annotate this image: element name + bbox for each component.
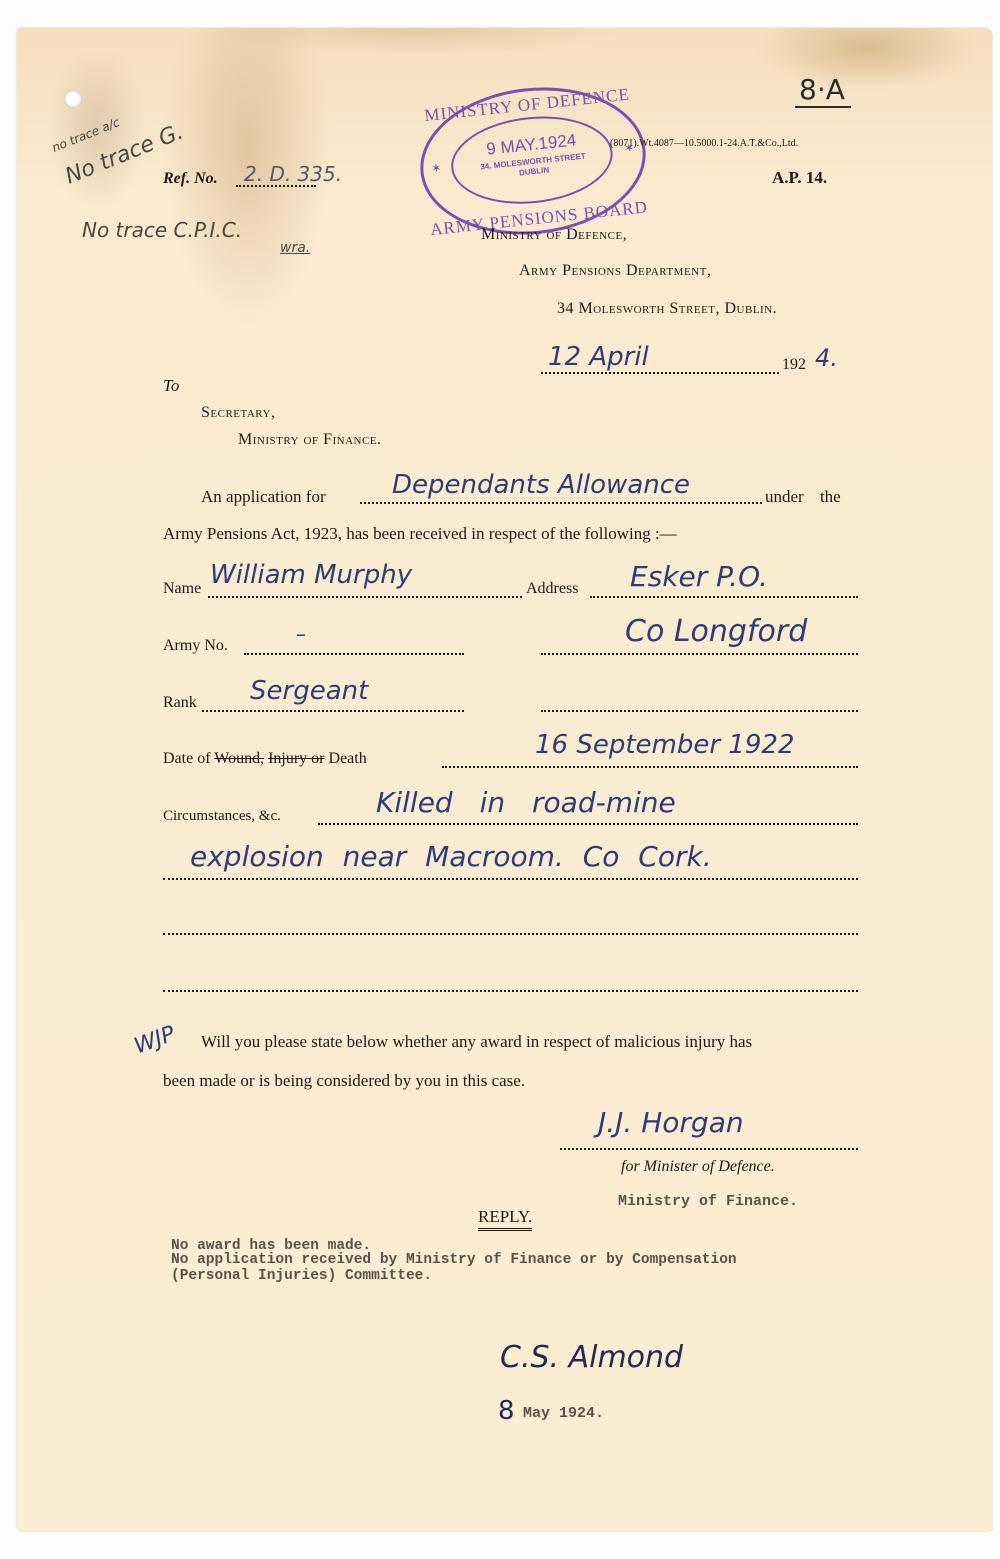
ref-value: 2. D. 335.: [244, 162, 342, 186]
request-line2: been made or is being considered by you …: [163, 1071, 525, 1091]
reply-line3: (Personal Injuries) Committee.: [171, 1268, 432, 1284]
army-no-value: –: [296, 622, 306, 646]
form-number: A.P. 14.: [772, 168, 827, 188]
circumstances-line2-value: explosion near Macroom. Co Cork.: [190, 840, 712, 873]
date-dotted-line: [541, 372, 779, 374]
name-label: Name: [163, 580, 201, 598]
reply-signature: C.S. Almond: [500, 1340, 683, 1375]
letter-year-suffix: 4.: [815, 344, 838, 372]
application-prefix: An application for: [201, 487, 326, 507]
letter-date-value: 12 April: [548, 342, 649, 372]
date-label-struck-wound: Wound,: [214, 750, 264, 767]
application-dotted-line: [360, 502, 762, 504]
printer-code: (8071).Wt.4087—10.5000.1-24.A.T.&Co.,Ltd…: [610, 138, 798, 149]
army-no-dotted-line: [244, 653, 464, 655]
to-label: To: [163, 376, 179, 396]
application-type-value: Dependants Allowance: [392, 470, 690, 500]
name-dotted-line: [208, 596, 522, 598]
ref-label: Ref. No.: [163, 170, 218, 188]
sender-ministry: Ministry of Defence,: [481, 226, 627, 244]
date-of-death-label: Date of Wound, Injury or Death: [163, 750, 367, 768]
letter-year-prefix: 192: [782, 356, 806, 374]
address-dotted-line-3: [541, 710, 858, 712]
act-line: Army Pensions Act, 1923, has been receiv…: [163, 524, 677, 544]
signature-value: J.J. Horgan: [598, 1106, 744, 1139]
date-label-death: Death: [329, 750, 367, 767]
sender-address: 34 Molesworth Street, Dublin.: [557, 300, 777, 318]
address-dotted-line-2: [541, 653, 858, 655]
sender-department: Army Pensions Department,: [519, 262, 711, 280]
margin-note-initials: wra.: [280, 240, 310, 256]
request-line1: Will you please state below whether any …: [201, 1032, 752, 1052]
rank-value: Sergeant: [250, 676, 368, 706]
army-no-label: Army No.: [163, 637, 228, 655]
circumstances-line1-value: Killed in road-mine: [376, 786, 676, 819]
circumstances-label: Circumstances, &c.: [163, 808, 281, 825]
margin-note-no-trace-cpic: No trace C.P.I.C.: [82, 218, 242, 242]
punch-hole: [64, 90, 82, 108]
rank-label: Rank: [163, 694, 197, 712]
name-value: William Murphy: [210, 560, 412, 590]
date-of-death-value: 16 September 1922: [535, 730, 795, 760]
circumstances-dotted-line-4: [163, 990, 858, 992]
date-label-prefix: Date of: [163, 750, 211, 767]
address-label: Address: [526, 580, 578, 598]
signature-title: for Minister of Defence.: [621, 1158, 775, 1176]
circumstances-dotted-line-1: [318, 823, 858, 825]
reply-heading: REPLY.: [478, 1207, 532, 1231]
address-line2-value: Co Longford: [625, 614, 807, 649]
rank-dotted-line: [202, 710, 464, 712]
reply-date-day: 8: [498, 1396, 515, 1426]
recipient-title: Secretary,: [201, 404, 275, 422]
reply-from: Ministry of Finance.: [618, 1193, 798, 1210]
address-dotted-line-1: [590, 596, 858, 598]
document-page: [17, 28, 992, 1531]
circumstances-dotted-line-2: [163, 878, 858, 880]
application-suffix: under the: [765, 487, 841, 507]
reply-date: May 1924.: [523, 1405, 604, 1422]
file-annotation: 8·A: [795, 74, 851, 108]
address-line1-value: Esker P.O.: [630, 560, 768, 593]
recipient-ministry: Ministry of Finance.: [238, 431, 382, 449]
circumstances-dotted-line-3: [163, 933, 858, 935]
signature-dotted-line: [560, 1148, 858, 1150]
date-of-death-dotted-line: [442, 766, 858, 768]
date-label-struck-injury: Injury or: [268, 750, 324, 767]
reply-line2: No application received by Ministry of F…: [171, 1252, 737, 1268]
